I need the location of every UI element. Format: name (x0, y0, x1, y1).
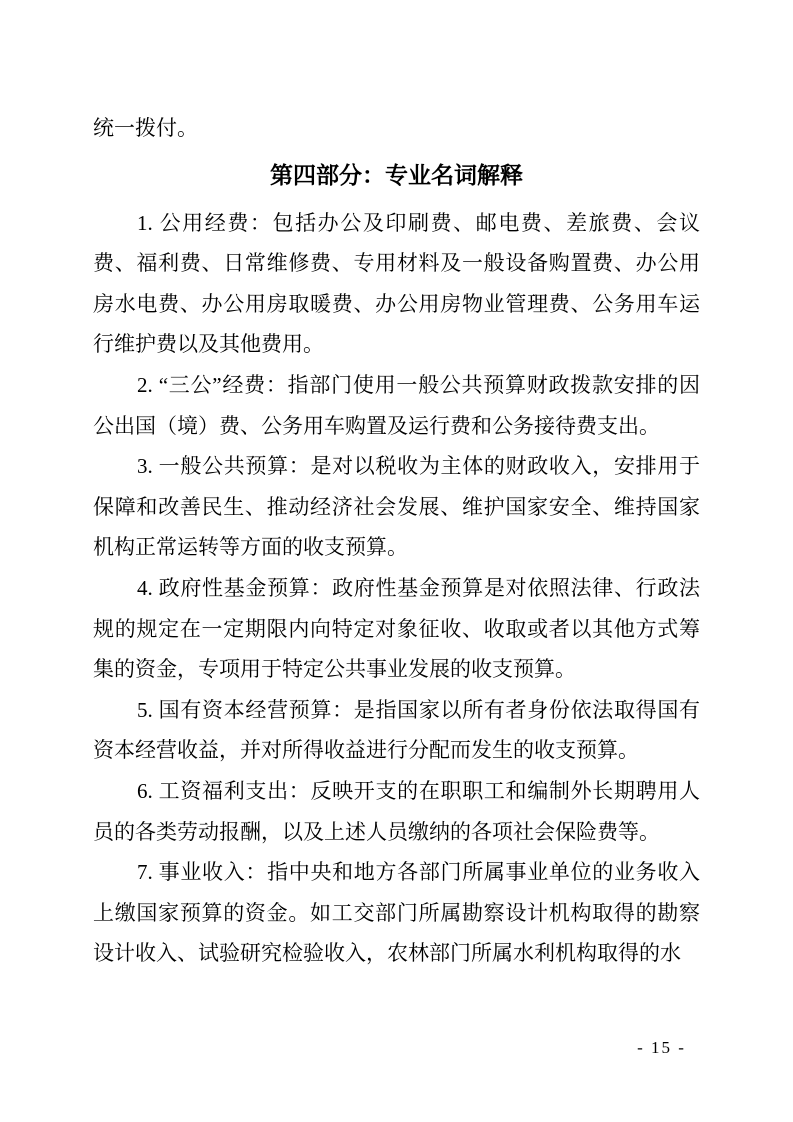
body-paragraph: 2. “三公”经费：指部门使用一般公共预算财政拨款安排的因公出国（境）费、公务用… (93, 365, 700, 446)
body-paragraph: 5. 国有资本经营预算：是指国家以所有者身份依法取得国有资本经营收益，并对所得收… (93, 690, 700, 771)
body-paragraph: 6. 工资福利支出：反映开支的在职职工和编制外长期聘用人员的各类劳动报酬，以及上… (93, 771, 700, 852)
section-title: 第四部分：专业名词解释 (93, 155, 700, 197)
definition-paragraphs: 1. 公用经费：包括办公及印刷费、邮电费、差旅费、会议费、福利费、日常维修费、专… (93, 203, 700, 974)
continuation-text: 统一拨付。 (93, 108, 700, 149)
page-content: 统一拨付。 第四部分：专业名词解释 1. 公用经费：包括办公及印刷费、邮电费、差… (93, 108, 700, 974)
body-paragraph: 3. 一般公共预算：是对以税收为主体的财政收入，安排用于保障和改善民生、推动经济… (93, 446, 700, 568)
body-paragraph: 7. 事业收入：指中央和地方各部门所属事业单位的业务收入上缴国家预算的资金。如工… (93, 852, 700, 974)
body-paragraph: 1. 公用经费：包括办公及印刷费、邮电费、差旅费、会议费、福利费、日常维修费、专… (93, 203, 700, 365)
page-number: - 15 - (0, 1038, 793, 1058)
body-paragraph: 4. 政府性基金预算：政府性基金预算是对依照法律、行政法规的规定在一定期限内向特… (93, 568, 700, 690)
document-page: 统一拨付。 第四部分：专业名词解释 1. 公用经费：包括办公及印刷费、邮电费、差… (0, 0, 793, 1122)
